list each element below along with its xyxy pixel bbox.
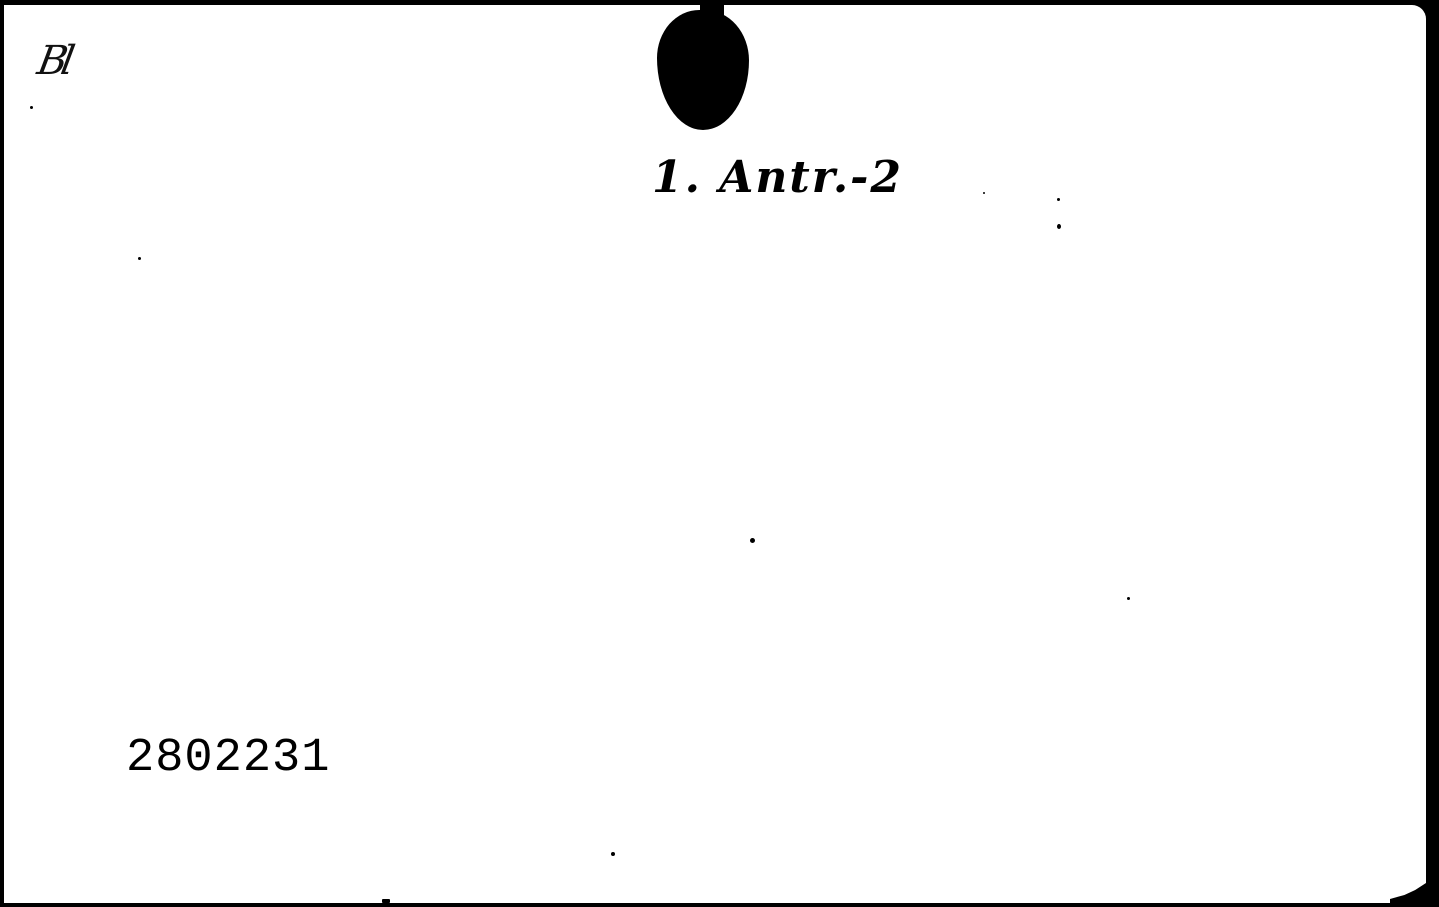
speck (382, 899, 390, 903)
speck (1057, 198, 1060, 201)
catalog-number: 2802231 (126, 732, 330, 785)
speck (1127, 597, 1130, 600)
speck (611, 852, 615, 856)
speck (30, 106, 33, 109)
speck (983, 192, 985, 194)
speck (138, 257, 141, 260)
speck (1057, 224, 1061, 229)
speck (750, 538, 755, 543)
card-heading: 1. Antr.-2 (652, 152, 903, 203)
torn-corner (1390, 883, 1426, 903)
